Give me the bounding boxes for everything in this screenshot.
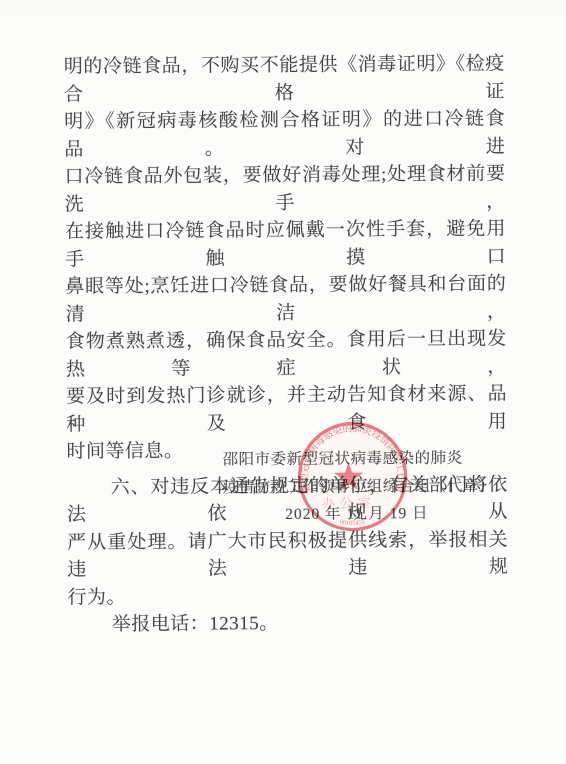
body-line: 行为。 <box>67 581 508 612</box>
official-seal-stamp: 邵阳市新型冠状病毒感染的肺炎疫情防控工作领导小组 办公室 00105451 <box>294 418 411 535</box>
seal-center-label: 办公室 <box>322 495 376 510</box>
body-line: 鼻眼等处;烹饪进口冷链食品，要做好餐具和台面的清洁， <box>65 270 506 328</box>
body-line: 口冷链食品外包装，要做好消毒处理;处理食材前要洗手， <box>64 160 505 218</box>
body-line: 明》《新冠病毒核酸检测合格证明》的进口冷链食品。对进 <box>64 105 505 163</box>
scanned-document-page: 明的冷链食品，不购买不能提供《消毒证明》《检疫合格证 明》《新冠病毒核酸检测合格… <box>0 0 566 764</box>
body-line: 要及时到发热门诊就诊，并主动告知食材来源、品种及食用 <box>66 380 507 438</box>
document-content: 明的冷链食品，不购买不能提供《消毒证明》《检疫合格证 明》《新冠病毒核酸检测合格… <box>0 0 566 764</box>
report-hotline-line: 举报电话：12315。 <box>68 608 509 639</box>
body-line: 明的冷链食品，不购买不能提供《消毒证明》《检疫合格证 <box>64 50 505 108</box>
notice-body: 明的冷链食品，不购买不能提供《消毒证明》《检疫合格证 明》《新冠病毒核酸检测合格… <box>64 50 509 639</box>
body-line: 在接触进口冷链食品时应佩戴一次性手套，避免用手触摸口 <box>65 215 506 273</box>
body-line: 食物煮熟煮透，确保食品安全。食用后一旦出现发热等症状， <box>66 325 507 383</box>
body-line: 严从重处理。请广大市民积极提供线索，举报相关违法违规 <box>67 526 508 584</box>
